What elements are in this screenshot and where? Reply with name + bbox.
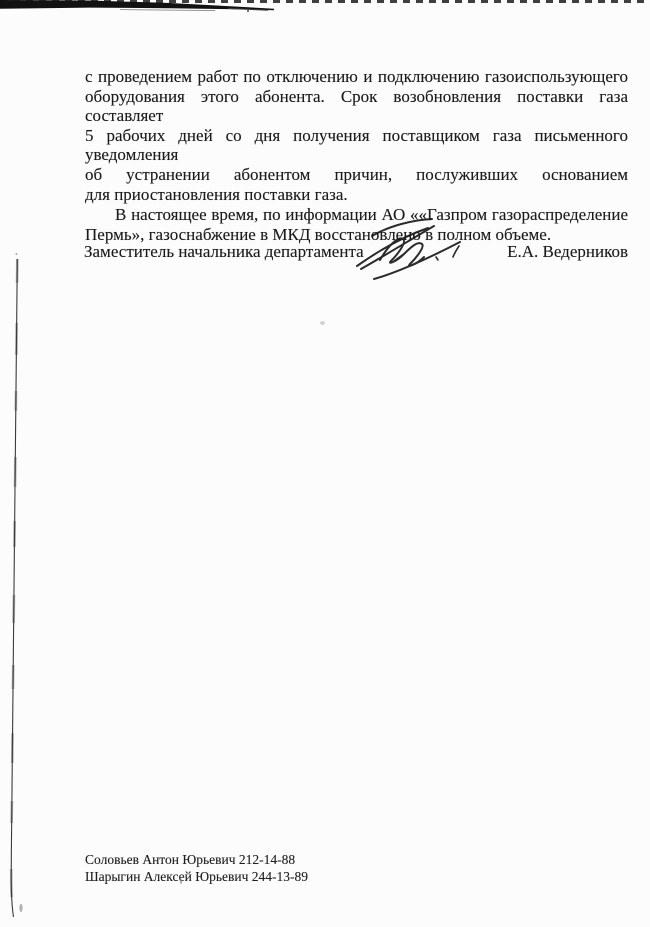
top-left-smudge-artifact [0,0,650,22]
left-fold-line-artifact [0,0,34,927]
body-line: 5 рабочих дней со дня получения поставщи… [85,126,628,165]
handwritten-signature-icon [344,216,469,284]
signer-title: Заместитель начальника департамента [84,242,364,262]
body-line: с проведением работ по отключению и подк… [85,67,628,87]
paragraph-gas-suspension: с проведением работ по отключению и подк… [85,67,628,204]
body-line: для приостановления поставки газа. [85,185,628,205]
body-line: об устранении абонентом причин, послужив… [85,165,628,185]
scan-speck [180,879,182,884]
scan-speck [247,10,249,12]
footer-contacts: Соловьев Антон Юрьевич 212-14-88 Шарыгин… [85,851,308,885]
signer-name: Е.А. Ведерников [507,242,628,262]
scan-speck [320,321,325,325]
contact-line: Шарыгин Алексей Юрьевич 244-13-89 [85,868,308,885]
scanned-letter-page: с проведением работ по отключению и подк… [0,0,650,927]
body-line: оборудования этого абонента. Срок возобн… [85,87,628,126]
contact-line: Соловьев Антон Юрьевич 212-14-88 [85,851,308,868]
